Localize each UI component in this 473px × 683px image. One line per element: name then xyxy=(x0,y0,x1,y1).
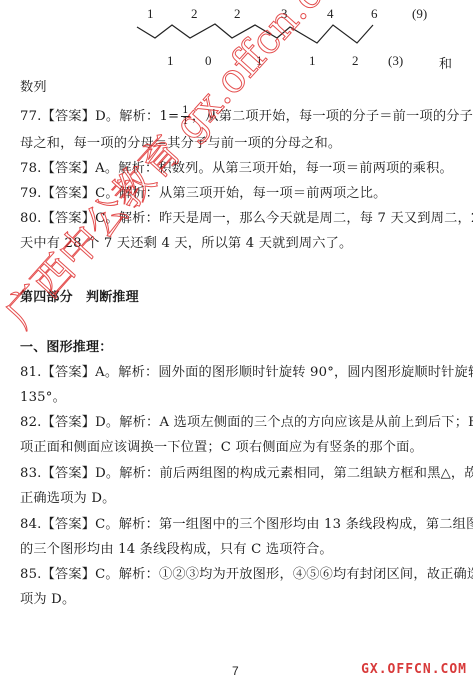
answer-85: 85.【答案】C。解析：①②③均为开放图形，④⑤⑥均有封闭区间，故正确选 xyxy=(20,566,473,584)
answer-text: ，从第二项开始，每一项的分子＝前一项的分子分 xyxy=(192,109,473,124)
fraction-lhs: 1= xyxy=(159,109,179,124)
answer-77: 77.【答案】D。解析：1=11，从第二项开始，每一项的分子＝前一项的分子分 xyxy=(20,106,473,127)
text-line: 项为 D。 xyxy=(20,591,75,609)
text-line: 135°。 xyxy=(20,389,66,407)
fraction: 11 xyxy=(181,106,190,127)
text-line: 项正面和侧面应该调换一下位置；C 项右侧面应为有竖条的那个面。 xyxy=(20,439,423,457)
answer-84: 84.【答案】C。解析：第一组图中的三个图形均由 13 条线段构成，第二组图中 xyxy=(20,516,473,534)
text-line: 母之和，每一项的分母＝其分子与前一项的分母之和。 xyxy=(20,135,341,153)
answer-81: 81.【答案】A。解析：圆外面的图形顺时针旋转 90°，圆内图形旋顺时针旋转 xyxy=(20,364,473,382)
bottom-number: 1 xyxy=(167,53,174,69)
text-line: 天中有 28 个 7 天还剩 4 天，所以第 4 天就到周六了。 xyxy=(20,235,352,253)
site-logo: GX.OFFCN.COM xyxy=(361,662,467,677)
bottom-number: 1 xyxy=(309,53,316,69)
text-line: 的三个图形均由 14 条线段构成，只有 C 选项符合。 xyxy=(20,541,333,559)
bottom-number: (3) xyxy=(388,53,403,69)
answer-80: 80.【答案】C。解析：昨天是周一，那么今天就是周二，每 7 天又到周二，200 xyxy=(20,210,473,228)
fraction-denominator: 1 xyxy=(181,117,190,127)
bottom-number: 1 xyxy=(256,53,263,69)
trailing-text: 和 xyxy=(439,53,452,72)
text-line: 正确选项为 D。 xyxy=(20,490,116,508)
bottom-number: 2 xyxy=(352,53,359,69)
answer-82: 82.【答案】D。解析：A 选项左侧面的三个点的方向应该是从前上到后下；B xyxy=(20,414,473,432)
bottom-number: 0 xyxy=(205,53,212,69)
answer-label: 77.【答案】D。解析： xyxy=(20,109,159,124)
answer-78: 78.【答案】A。解析：积数列。从第三项开始，每一项＝前两项的乘积。 xyxy=(20,160,453,178)
answer-79: 79.【答案】C。解析：从第三项开始，每一项＝前两项之比。 xyxy=(20,185,387,203)
page-number: 7 xyxy=(232,664,239,678)
section-title: 第四部分 判断推理 xyxy=(20,289,139,307)
zigzag-line-icon xyxy=(0,0,473,60)
answer-83: 83.【答案】D。解析：前后两组图的构成元素相同，第二组缺方框和黑△，故 xyxy=(20,465,473,483)
subsection-title: 一、图形推理： xyxy=(20,339,112,357)
text-line: 数列 xyxy=(20,79,47,97)
